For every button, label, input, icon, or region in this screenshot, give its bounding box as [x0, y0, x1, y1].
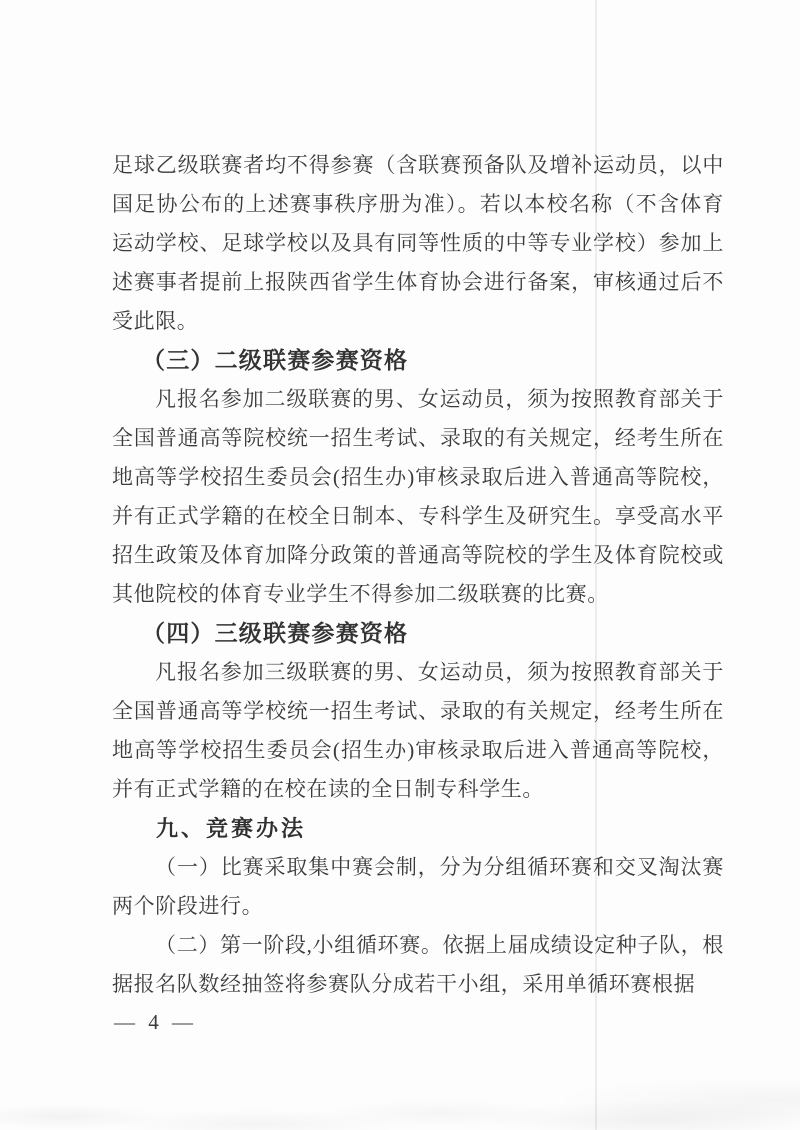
section-heading-level3-eligibility: （四）三级联赛参赛资格: [112, 614, 724, 653]
page-number: — 4 —: [114, 1003, 197, 1042]
paragraph-first-stage: （二）第一阶段,小组循环赛。依据上届成绩设定种子队，根据报名队数经抽签将参赛队分…: [112, 926, 724, 1004]
scan-noise-artifact: [0, 1055, 800, 1130]
paragraph-level3-eligibility: 凡报名参加三级联赛的男、女运动员，须为按照教育部关于全国普通高等学校统一招生考试…: [112, 653, 724, 809]
section-heading-level2-eligibility: （三）二级联赛参赛资格: [112, 341, 724, 380]
page-content: 足球乙级联赛者均不得参赛（含联赛预备队及增补运动员，以中国足协公布的上述赛事秩序…: [112, 146, 724, 1004]
paragraph-competition-format: （一）比赛采取集中赛会制，分为分组循环赛和交叉淘汰赛两个阶段进行。: [112, 848, 724, 926]
paragraph-level2-eligibility: 凡报名参加二级联赛的男、女运动员，须为按照教育部关于全国普通高等院校统一招生考试…: [112, 380, 724, 614]
section-heading-competition-method: 九、竞赛办法: [112, 809, 724, 848]
paragraph-eligibility-continuation: 足球乙级联赛者均不得参赛（含联赛预备队及增补运动员，以中国足协公布的上述赛事秩序…: [112, 146, 724, 341]
scanned-document-page: 足球乙级联赛者均不得参赛（含联赛预备队及增补运动员，以中国足协公布的上述赛事秩序…: [0, 0, 800, 1130]
